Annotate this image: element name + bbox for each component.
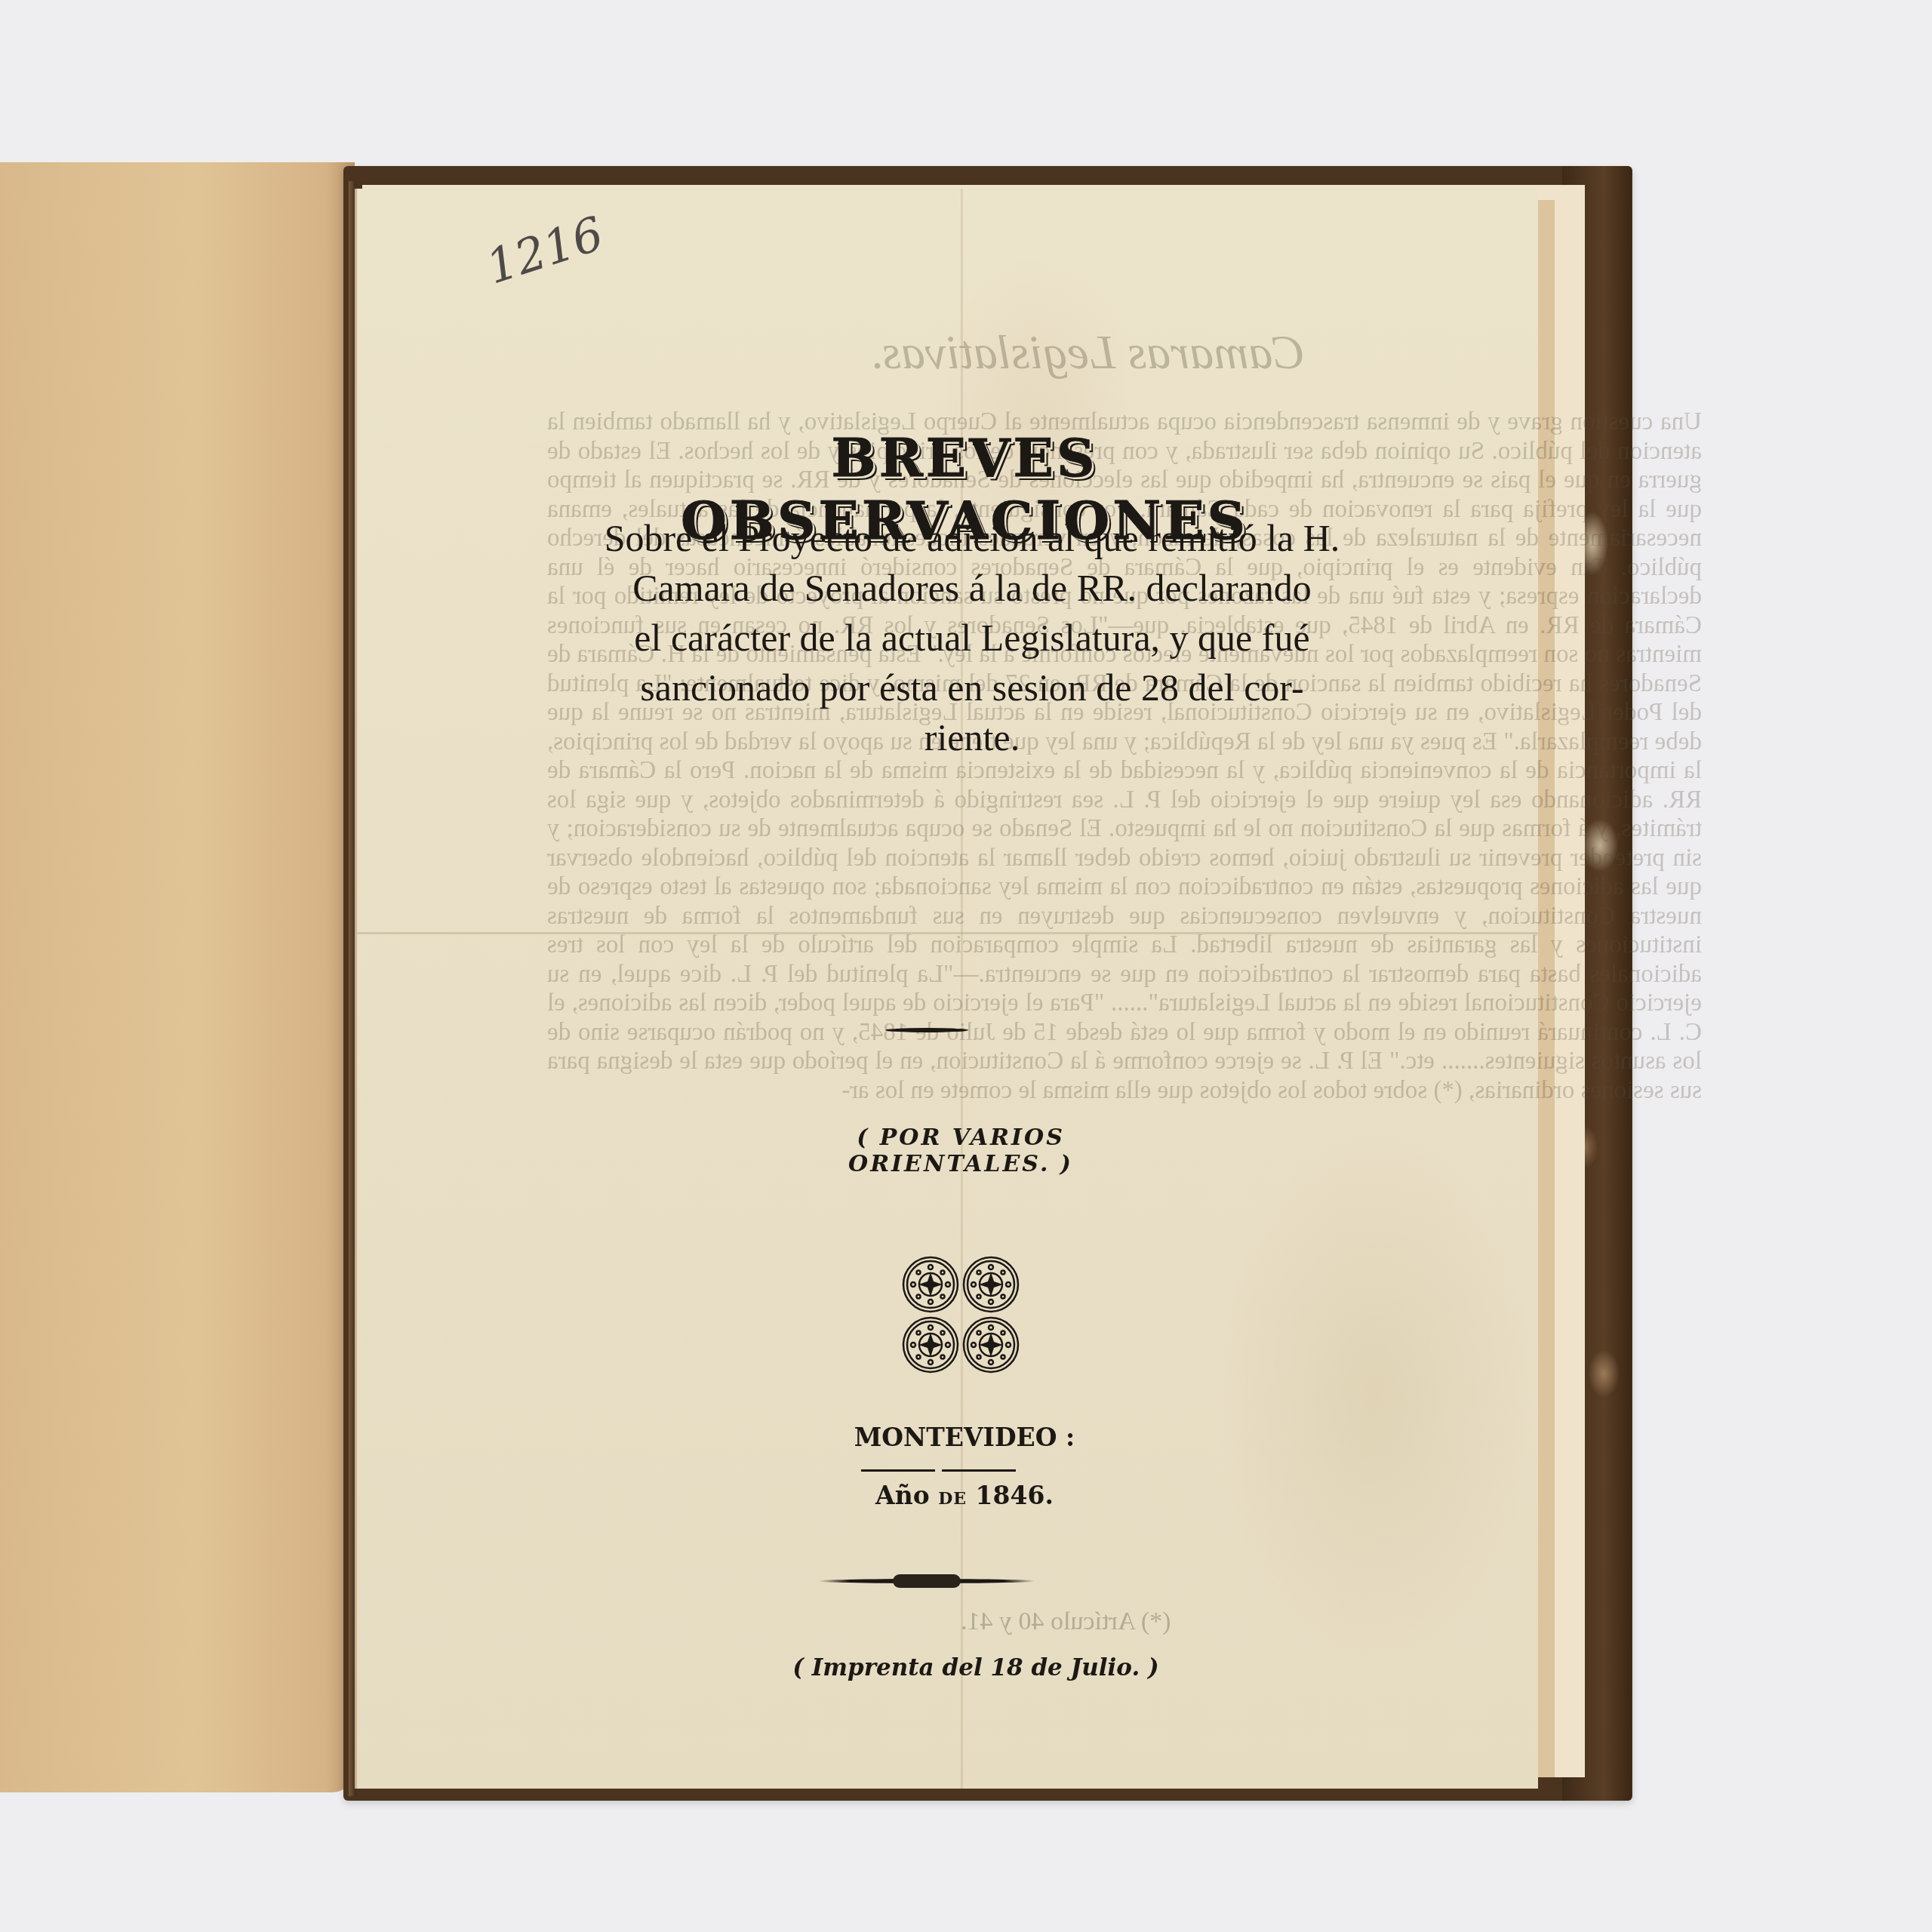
show-through-footnote: (*) Artículo 40 y 41. [961, 1607, 1171, 1636]
double-rule [861, 1469, 1016, 1472]
title-page: Camaras Legislativas. Una cuestion grave… [355, 189, 1538, 1789]
printer-line: ( Imprenta del 18 de Julio. ) [780, 1654, 1172, 1681]
subtitle-line: riente. [549, 712, 1395, 762]
subtitle-line: sancionado por ésta en sesion de 28 del … [549, 663, 1395, 712]
year-value: 1846. [976, 1481, 1054, 1510]
divider-rule [885, 1028, 968, 1032]
ornamental-rule-center [893, 1574, 961, 1588]
handwritten-catalog-number: 1216 [480, 205, 611, 294]
document-subtitle: Sobre el Proyecto de adicion al que remi… [549, 513, 1395, 762]
year-de: DE [938, 1489, 967, 1509]
subtitle-line: Camara de Senadores á la de RR. declaran… [549, 563, 1395, 613]
subtitle-line: el carácter de la actual Legislatura, y … [549, 613, 1395, 663]
imprint-city: MONTEVIDEO : [840, 1423, 1089, 1452]
rosette-ornament-icon [900, 1254, 1021, 1375]
year-prefix: Año [875, 1481, 930, 1510]
left-endpaper [0, 162, 355, 1792]
show-through-heading: Camaras Legislativas. [870, 325, 1305, 380]
imprint-year: Año DE 1846. [840, 1481, 1089, 1510]
authors-line: ( POR VARIOS ORIENTALES. ) [764, 1124, 1157, 1177]
subtitle-line: Sobre el Proyecto de adicion al que remi… [549, 513, 1395, 563]
